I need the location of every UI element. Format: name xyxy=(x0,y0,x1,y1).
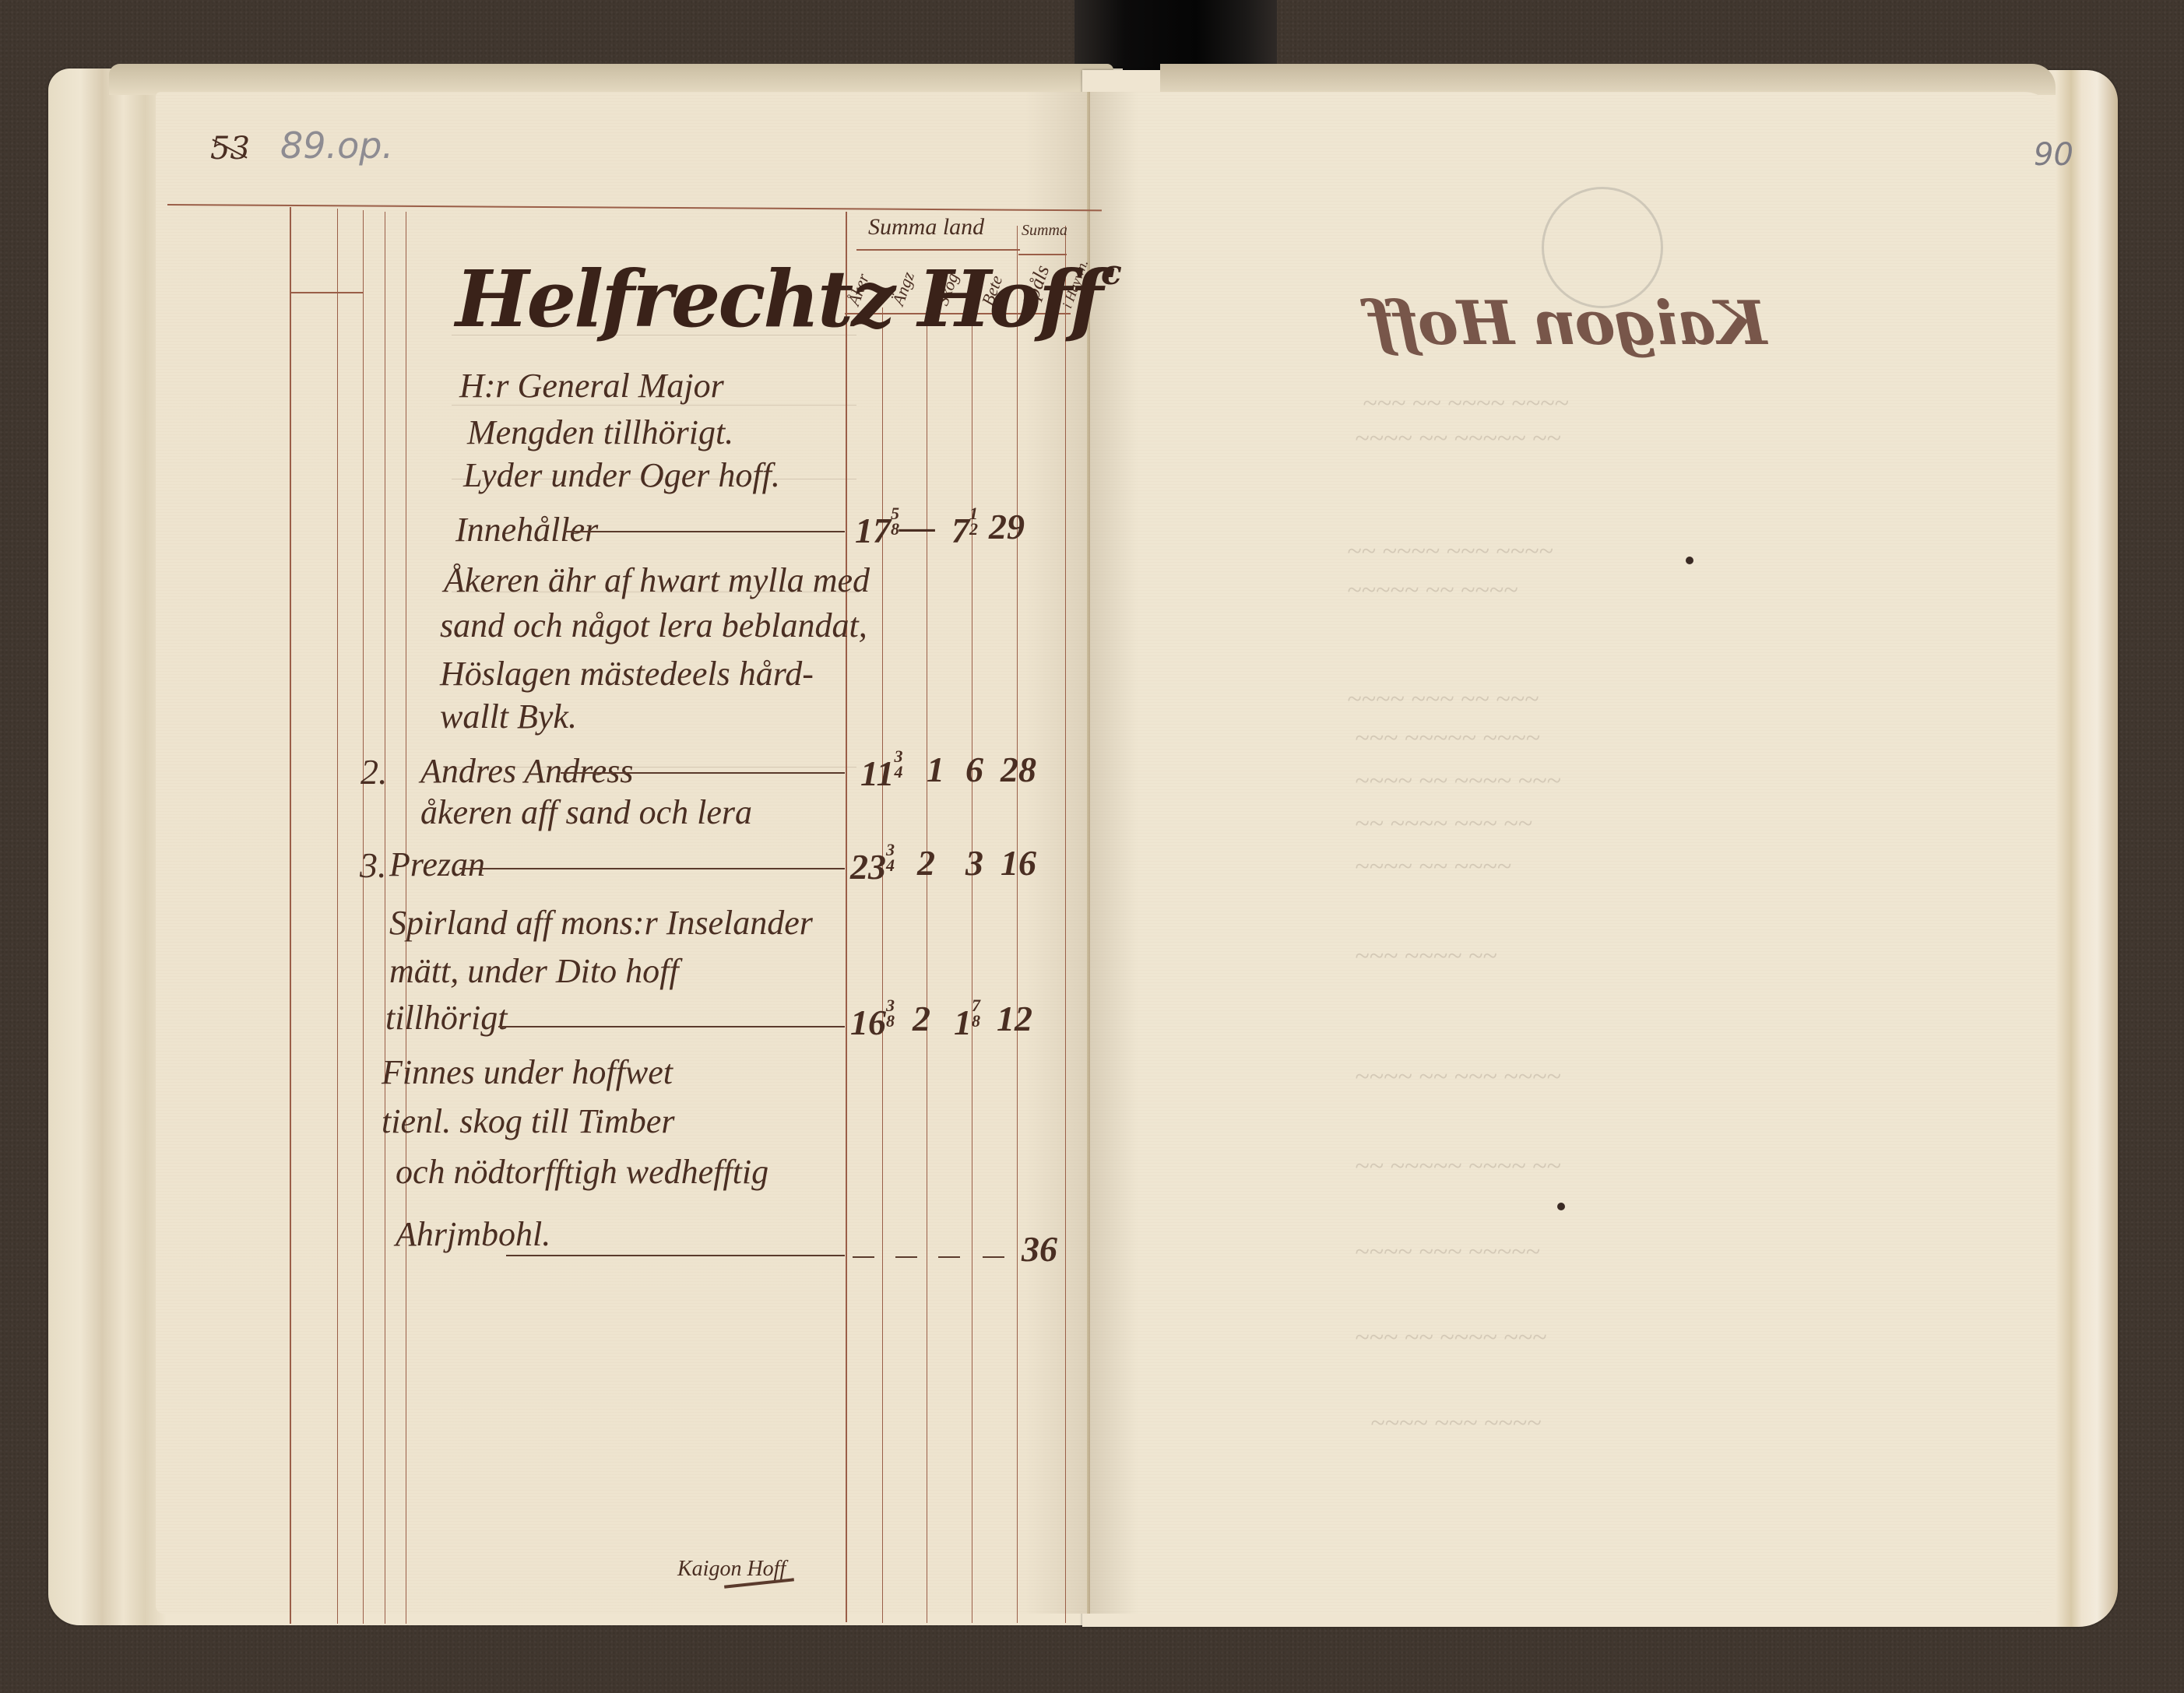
value-skog: 6 xyxy=(965,749,983,790)
column-rule xyxy=(1017,226,1018,1623)
entry-note: Åkeren ähr af hwart mylla med xyxy=(444,560,870,600)
ink-spot xyxy=(1686,557,1693,564)
dash-aker xyxy=(853,1256,874,1258)
value-bete: 28 xyxy=(1001,749,1036,790)
column-group-header-summa-land: Summa land xyxy=(868,214,984,241)
entry-note: sand och något lera beblandat, xyxy=(440,606,867,645)
value-spals: 36 xyxy=(1022,1228,1057,1270)
value-skog: 712 xyxy=(951,506,978,551)
bleed-through-text: ~~~~ ~~~ ~~~~ xyxy=(1370,1409,1541,1438)
column-rule xyxy=(882,307,883,1623)
bleed-through-text: ~~~~ ~~ ~~~~ ~~~ xyxy=(1355,767,1561,796)
bleed-through-text: ~~~ ~~ ~~~~ ~~~~ xyxy=(1363,389,1569,419)
entry-name: Prezan xyxy=(389,845,485,884)
value-angz: 1 xyxy=(927,749,944,790)
entry-name: Innehåller xyxy=(455,510,598,550)
entry-note: Ahrjmbohl. xyxy=(396,1214,550,1254)
right-page-stack-top-edge xyxy=(1160,64,2056,95)
bleed-through-text: ~~~~ ~~ ~~~~ xyxy=(1355,852,1511,882)
value-bete: 16 xyxy=(1001,842,1036,883)
folio-number-old: 53 xyxy=(210,131,250,167)
subvalue-bete: 12 xyxy=(997,998,1032,1039)
bleed-through-text: ~~~ ~~~~~ ~~~~ xyxy=(1355,724,1540,753)
page-title: Helfrechtz Hoffc xyxy=(455,253,1120,345)
value-aker: 2334 xyxy=(850,842,895,887)
bleed-through-text: ~~ ~~~~ ~~~ ~~ xyxy=(1355,810,1532,839)
bleed-through-text: ~~~~ ~~ ~~~~~ ~~ xyxy=(1355,424,1561,454)
value-angz: 2 xyxy=(917,842,935,883)
dash-angz xyxy=(895,1256,917,1258)
entry-note: tillhörigt xyxy=(385,998,507,1038)
entry-note: mätt, under Dito hoff xyxy=(389,951,679,991)
column-rule xyxy=(1065,226,1066,1623)
subvalue-skog: 178 xyxy=(954,998,980,1043)
entry-note: Höslagen mästedeels hård- xyxy=(440,654,814,694)
entry-note: tienl. skog till Timber xyxy=(382,1101,674,1141)
entry-note: och nödtorfftigh wedhefftig xyxy=(396,1152,768,1192)
mirrored-offset-title: Kaigon Hoff xyxy=(1370,288,1767,359)
value-skog: 3 xyxy=(965,842,983,883)
leader-line xyxy=(506,1255,845,1256)
subvalue-aker: 1638 xyxy=(850,998,895,1043)
column-rule xyxy=(385,212,385,1624)
bleed-through-text: ~~~~~ ~~ ~~~~ xyxy=(1347,576,1518,606)
bleed-through-text: ~~~ ~~~~ ~~ xyxy=(1355,942,1497,971)
entry-note: åkeren aff sand och lera xyxy=(420,792,752,832)
leader-line xyxy=(561,772,845,774)
header-group-rule xyxy=(856,249,1020,251)
column-group-header-summa: Summa xyxy=(1022,222,1067,240)
bleed-through-text: ~~ ~~~~~ ~~~~ ~~ xyxy=(1355,1152,1561,1182)
bleed-through-text: ~~~ ~~ ~~~~ ~~~ xyxy=(1355,1323,1546,1353)
catchword: Kaigon Hoff xyxy=(677,1557,786,1582)
folio-number-pencil: 89.op. xyxy=(280,125,393,167)
entry-note: wallt Byk. xyxy=(440,697,577,736)
entry-note: Finnes under hoffwet xyxy=(382,1052,673,1092)
subvalue-angz: 2 xyxy=(913,998,930,1039)
bleed-through-text: ~~~~ ~~ ~~~ ~~~~ xyxy=(1355,1063,1561,1092)
bleed-through-text: ~~ ~~~~ ~~~ ~~~~ xyxy=(1347,537,1553,567)
left-page-stack-top-edge xyxy=(109,64,1113,95)
value-aker: 1134 xyxy=(860,749,902,794)
dash-skog xyxy=(938,1256,960,1258)
leader-line xyxy=(564,531,845,532)
bleed-through-text: ~~~~ ~~~ ~~ ~~~ xyxy=(1347,685,1539,715)
leader-line xyxy=(498,1026,845,1027)
column-rule xyxy=(363,210,364,1624)
entry-note: Spirland aff mons:r Inselander xyxy=(389,903,813,943)
column-rule xyxy=(337,209,338,1624)
header-subrule xyxy=(290,292,364,293)
column-rule xyxy=(846,212,847,1622)
value-angz: — xyxy=(899,506,935,547)
folio-number-right: 90 xyxy=(2034,137,2073,173)
value-aker: 1758 xyxy=(855,506,899,551)
bleed-through-text: ~~~~ ~~~ ~~~~~ xyxy=(1355,1238,1540,1267)
leader-line xyxy=(459,868,845,869)
entry-number: 3. xyxy=(360,845,387,886)
dash-bete xyxy=(983,1256,1004,1258)
column-rule xyxy=(290,207,291,1624)
entry-number: 2. xyxy=(360,751,388,792)
column-rule xyxy=(927,307,927,1623)
intro-line: Lyder under Oger hoff. xyxy=(463,455,780,495)
intro-line: Mengden tillhörigt. xyxy=(467,413,733,452)
ink-spot xyxy=(1557,1203,1565,1210)
entry-name: Andres Andress xyxy=(420,751,633,791)
intro-line: H:r General Major xyxy=(459,366,724,406)
value-bete: 29 xyxy=(989,506,1025,547)
